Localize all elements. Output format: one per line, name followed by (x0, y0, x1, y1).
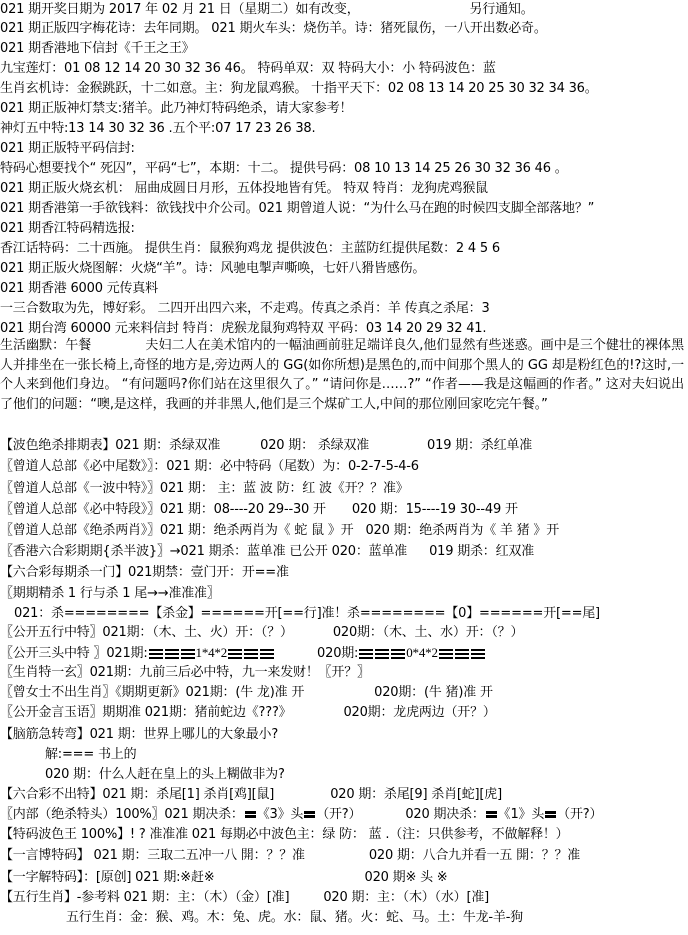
riddle-next: 020 期：什么人赶在皇上的头上糊做非为? (45, 765, 285, 784)
internal-kill-line: 〖内部（绝杀特头）100%〗021 期决杀：《3》头（开?）020 期决杀：《1… (0, 805, 602, 824)
bar-icon (165, 649, 179, 659)
wave-king-line: 【特码波色王 100%】! ? 准准准 021 每期必中波色主：绿 防： 蓝 .… (0, 825, 568, 844)
special-code-line: 特码心想要找个“ 死囚”，平码“七”，本期：十二。 提供号码：08 10 13 … (0, 159, 568, 178)
zodiac-poem-line: 生肖玄机诗：金猴跳跃，十二如意。主：狗龙鼠鸡猴。 十指平天下：02 08 13 … (0, 79, 598, 98)
five-element-zodiac-line: 【五行生肖】-参考料 021 期：主：（木）（金）[准]020 期：主：（木）（… (0, 888, 489, 907)
plum-poem-line: 021 期正版四字梅花诗：去年同期。 021 期火车头：烧伤羊。诗：猪死鼠伤，一… (0, 19, 547, 38)
plum-poem: 021 期正版四字梅花诗：去年同期。 (0, 21, 207, 36)
half-wave-021: 〖香港六合彩期期{杀半波}〗→021 期杀：蓝单准 已公开 020：蓝单准 (0, 544, 407, 559)
segment-021: 〖曾道人总部《必中特段》〗021 期：08----20 29--30 开 (0, 502, 326, 517)
zodiac-mystery-line: 〖生肖特一玄〗021期：九前三后必中特，九一来发财！〖开？〗 (0, 663, 370, 682)
one-char-020: 020 期※ 头 ※ (365, 870, 448, 885)
must-tail-line: 〖曾道人总部《必中尾数》〗：021 期：必中特码（尾数）为：0-2-7-5-4-… (0, 457, 419, 476)
envelope-title: 021 期正版特平码信封: (0, 139, 135, 158)
hk-envelope-title: 021 期香港地下信封《千王之王》 (0, 39, 195, 58)
three-heads-line: 〖公开三头中特 〗021期:1*4*2020期:0*4*2 (0, 643, 486, 663)
bar-icon (228, 649, 242, 659)
internal-kill-020-label: 020 期决杀： (405, 807, 484, 822)
internal-kill-020-value: 《1》头 (498, 807, 544, 822)
half-wave-019: 019 期杀：红双准 (429, 544, 534, 559)
five-element-zodiac-mapping: 五行生肖：金：猴、鸡。木：兔、虎。水：鼠、猪。火：蛇、马。土：牛龙-羊-狗 (66, 908, 523, 927)
bar-icon (375, 649, 389, 659)
riddle-answer: 解:=== 书上的 (45, 745, 136, 764)
golden-words-021: 〖公开金言玉语〗期期准 021期：猪前蛇边《???》 (0, 705, 291, 720)
block-icon (245, 811, 256, 818)
no-special-line: 【六合彩不出特】021 期：杀尾[1] 杀肖[鸡][鼠]020 期：杀尾[9] … (0, 785, 502, 804)
three-heads-020-label: 020期: (317, 646, 358, 661)
bar-icon (471, 649, 485, 659)
xiangjiang-line: 香江话特码：二十西施。 提供生肖：鼠猴狗鸡龙 提供波色：主蓝防红提供尾数：2 4… (0, 239, 500, 258)
half-wave-line: 〖香港六合彩期期{杀半波}〗→021 期杀：蓝单准 已公开 020：蓝单准019… (0, 542, 534, 561)
humor-label: 生活幽默：午餐 (0, 338, 91, 353)
lottery-document: 021 期开奖日期为 2017 年 02 月 21 日（星期二）如有改变，另行通… (0, 0, 688, 935)
wave-kill-020: 020 期： 杀绿双准 (260, 438, 369, 453)
kill-one-gate-line: 【六合彩每期杀一门】021期禁：壹门开：开==准 (0, 563, 289, 582)
kill-two-zodiac-line: 〖曾道人总部《绝杀两肖》〗021 期：绝杀两肖为《 蛇 鼠 》开020 期：绝杀… (0, 521, 559, 540)
three-heads-021-code: 1*4*2 (196, 645, 228, 660)
draw-date-notice: 021 期开奖日期为 2017 年 02 月 21 日（星期二）如有改变，另行通… (0, 0, 534, 19)
hk-first-hand-line: 021 期香港第一手欲钱料：欲钱找中介公司。021 期曾道人说：“为什么马在跑的… (0, 199, 594, 218)
bar-icon (439, 649, 453, 659)
fax-title: 021 期香港 6000 元传真料 (0, 279, 158, 298)
fire-diagram-line: 021 期正版火烧图解：火烧“羊”。诗：风驰电掣声嘶唤，七奸八猾皆感伤。 (0, 259, 425, 278)
wave-kill-table: 【波色绝杀排期表】021 期：杀绿双准020 期： 杀绿双准019 期：杀红单准 (0, 436, 532, 455)
golden-words-020: 020期：龙虎两边（开？） (343, 705, 495, 720)
wave-kill-019: 019 期：杀红单准 (427, 438, 532, 453)
bar-icon (149, 649, 163, 659)
golden-words-line: 〖公开金言玉语〗期期准 021期：猪前蛇边《???》020期：龙虎两边（开？） (0, 703, 496, 722)
internal-kill-021-label: 〖内部（绝杀特头）100%〗021 期决杀： (0, 807, 244, 822)
no-special-021: 【六合彩不出特】021 期：杀尾[1] 杀肖[鸡][鼠] (0, 787, 274, 802)
humor-paragraph: 生活幽默：午餐夫妇二人在美术馆内的一幅油画前驻足端详良久,他们显然有些迷惑。画中… (0, 336, 684, 414)
one-word-021: 【一言博特码】 021 期：三取二五冲一八 開：？？准 (0, 848, 305, 863)
train-head: 021 期火车头：烧伤羊。诗：猪死鼠伤，一八开出数必奇。 (211, 21, 546, 36)
bar-icon (359, 649, 373, 659)
bar-icon (244, 649, 258, 659)
no-special-020: 020 期：杀尾[9] 杀肖[蛇][虎] (330, 787, 502, 802)
draw-date-text: 021 期开奖日期为 2017 年 02 月 21 日（星期二）如有改变， (0, 2, 360, 17)
bar-icon (391, 649, 405, 659)
wave-kill-021: 【波色绝杀排期表】021 期：杀绿双准 (0, 438, 220, 453)
one-word-special-line: 【一言博特码】 021 期：三取二五冲一八 開：？？准020 期：八合九并看一五… (0, 846, 580, 865)
five-elements-021: 〖公开五行中特〗021期：（木、土、火）开：（？） (0, 625, 293, 640)
one-wave-line: 〖曾道人总部《一波中特》〗021 期： 主：蓝 波 防：红 波《开？？准》 (0, 479, 409, 498)
five-elements-line: 〖公开五行中特〗021期：（木、土、火）开：（？）020期：（木、土、水）开：（… (0, 623, 523, 642)
humor-text: 夫妇二人在美术馆内的一幅油画前驻足端详良久,他们显然有些迷惑。画中是三个健壮的裸… (0, 338, 684, 412)
one-char-special-line: 【一字解特码】：[原创] 021 期:※赶※020 期※ 头 ※ (0, 868, 448, 887)
ms-zeng-020: 020期：(牛 猪)准 开 (374, 685, 493, 700)
bar-icon (181, 649, 195, 659)
ms-zeng-021: 〖曾女士不出生肖〗《期期更新》021期：(牛 龙)准 开 (0, 685, 304, 700)
five-elements-020: 020期：（木、土、水）开：（？） (333, 625, 523, 640)
block-icon (545, 811, 556, 818)
kill-two-020: 020 期：绝杀两肖为《 羊 猪 》开 (365, 523, 559, 538)
one-char-021: 【一字解特码】：[原创] 021 期:※赶※ (0, 870, 215, 885)
five-element-zodiac-021: 【五行生肖】-参考料 021 期：主：（木）（金）[准] (0, 890, 289, 905)
bar-icon (260, 649, 274, 659)
internal-kill-021-open: （开?） (316, 807, 361, 822)
nine-lamps-line: 九宝莲灯：01 08 12 14 20 30 32 36 46。 特码单双：双 … (0, 59, 496, 78)
bar-icon (455, 649, 469, 659)
three-heads-020-code: 0*4*2 (406, 645, 438, 660)
notice-suffix: 另行通知。 (470, 2, 534, 17)
one-word-020: 020 期：八合九并看一五 開：？？准 (369, 848, 580, 863)
kill-element-line: 021：杀========【杀金】======开[==行]准！杀========… (14, 604, 600, 623)
lamp-ban-line: 021 期正版神灯禁支:猪羊。此乃神灯特码绝杀，请大家参考！ (0, 99, 352, 118)
must-segment-line: 〖曾道人总部《必中特段》〗021 期：08----20 29--30 开020 … (0, 500, 518, 519)
three-heads-021-label: 〖公开三头中特 〗021期: (0, 646, 148, 661)
ms-zeng-line: 〖曾女士不出生肖〗《期期更新》021期：(牛 龙)准 开020期：(牛 猪)准 … (0, 683, 493, 702)
fax-line: 一三合数取为先，博好彩。 二四开出四六来，不走鸡。传真之杀肖：羊 传真之杀尾：3 (0, 299, 490, 318)
kill-element-title: 〖期期精杀 1 行与杀 1 尾→→准准准〗 (0, 584, 220, 603)
kill-two-021: 〖曾道人总部《绝杀两肖》〗021 期：绝杀两肖为《 蛇 鼠 》开 (0, 523, 353, 538)
internal-kill-021-value: 《3》头 (257, 807, 303, 822)
fire-mystery-line: 021 期正版火烧玄机： 屈曲成圆日月形，五体投地皆有凭。 特双 特肖：龙狗虎鸡… (0, 179, 488, 198)
block-icon (304, 811, 315, 818)
lamp-five-line: 神灯五中特:13 14 30 32 36 .五个平:07 17 23 26 38… (0, 119, 315, 138)
five-element-zodiac-020: 020 期：主：（木）（水）[准] (323, 890, 489, 905)
internal-kill-020-open: （开?） (557, 807, 602, 822)
riddle-line: 【脑筋急转弯】021 期：世界上哪儿的大象最小? (0, 725, 278, 744)
block-icon (486, 811, 497, 818)
segment-020: 020 期：15----19 30--49 开 (352, 502, 518, 517)
xiangjiang-title: 021 期香江特码精选报: (0, 219, 135, 238)
